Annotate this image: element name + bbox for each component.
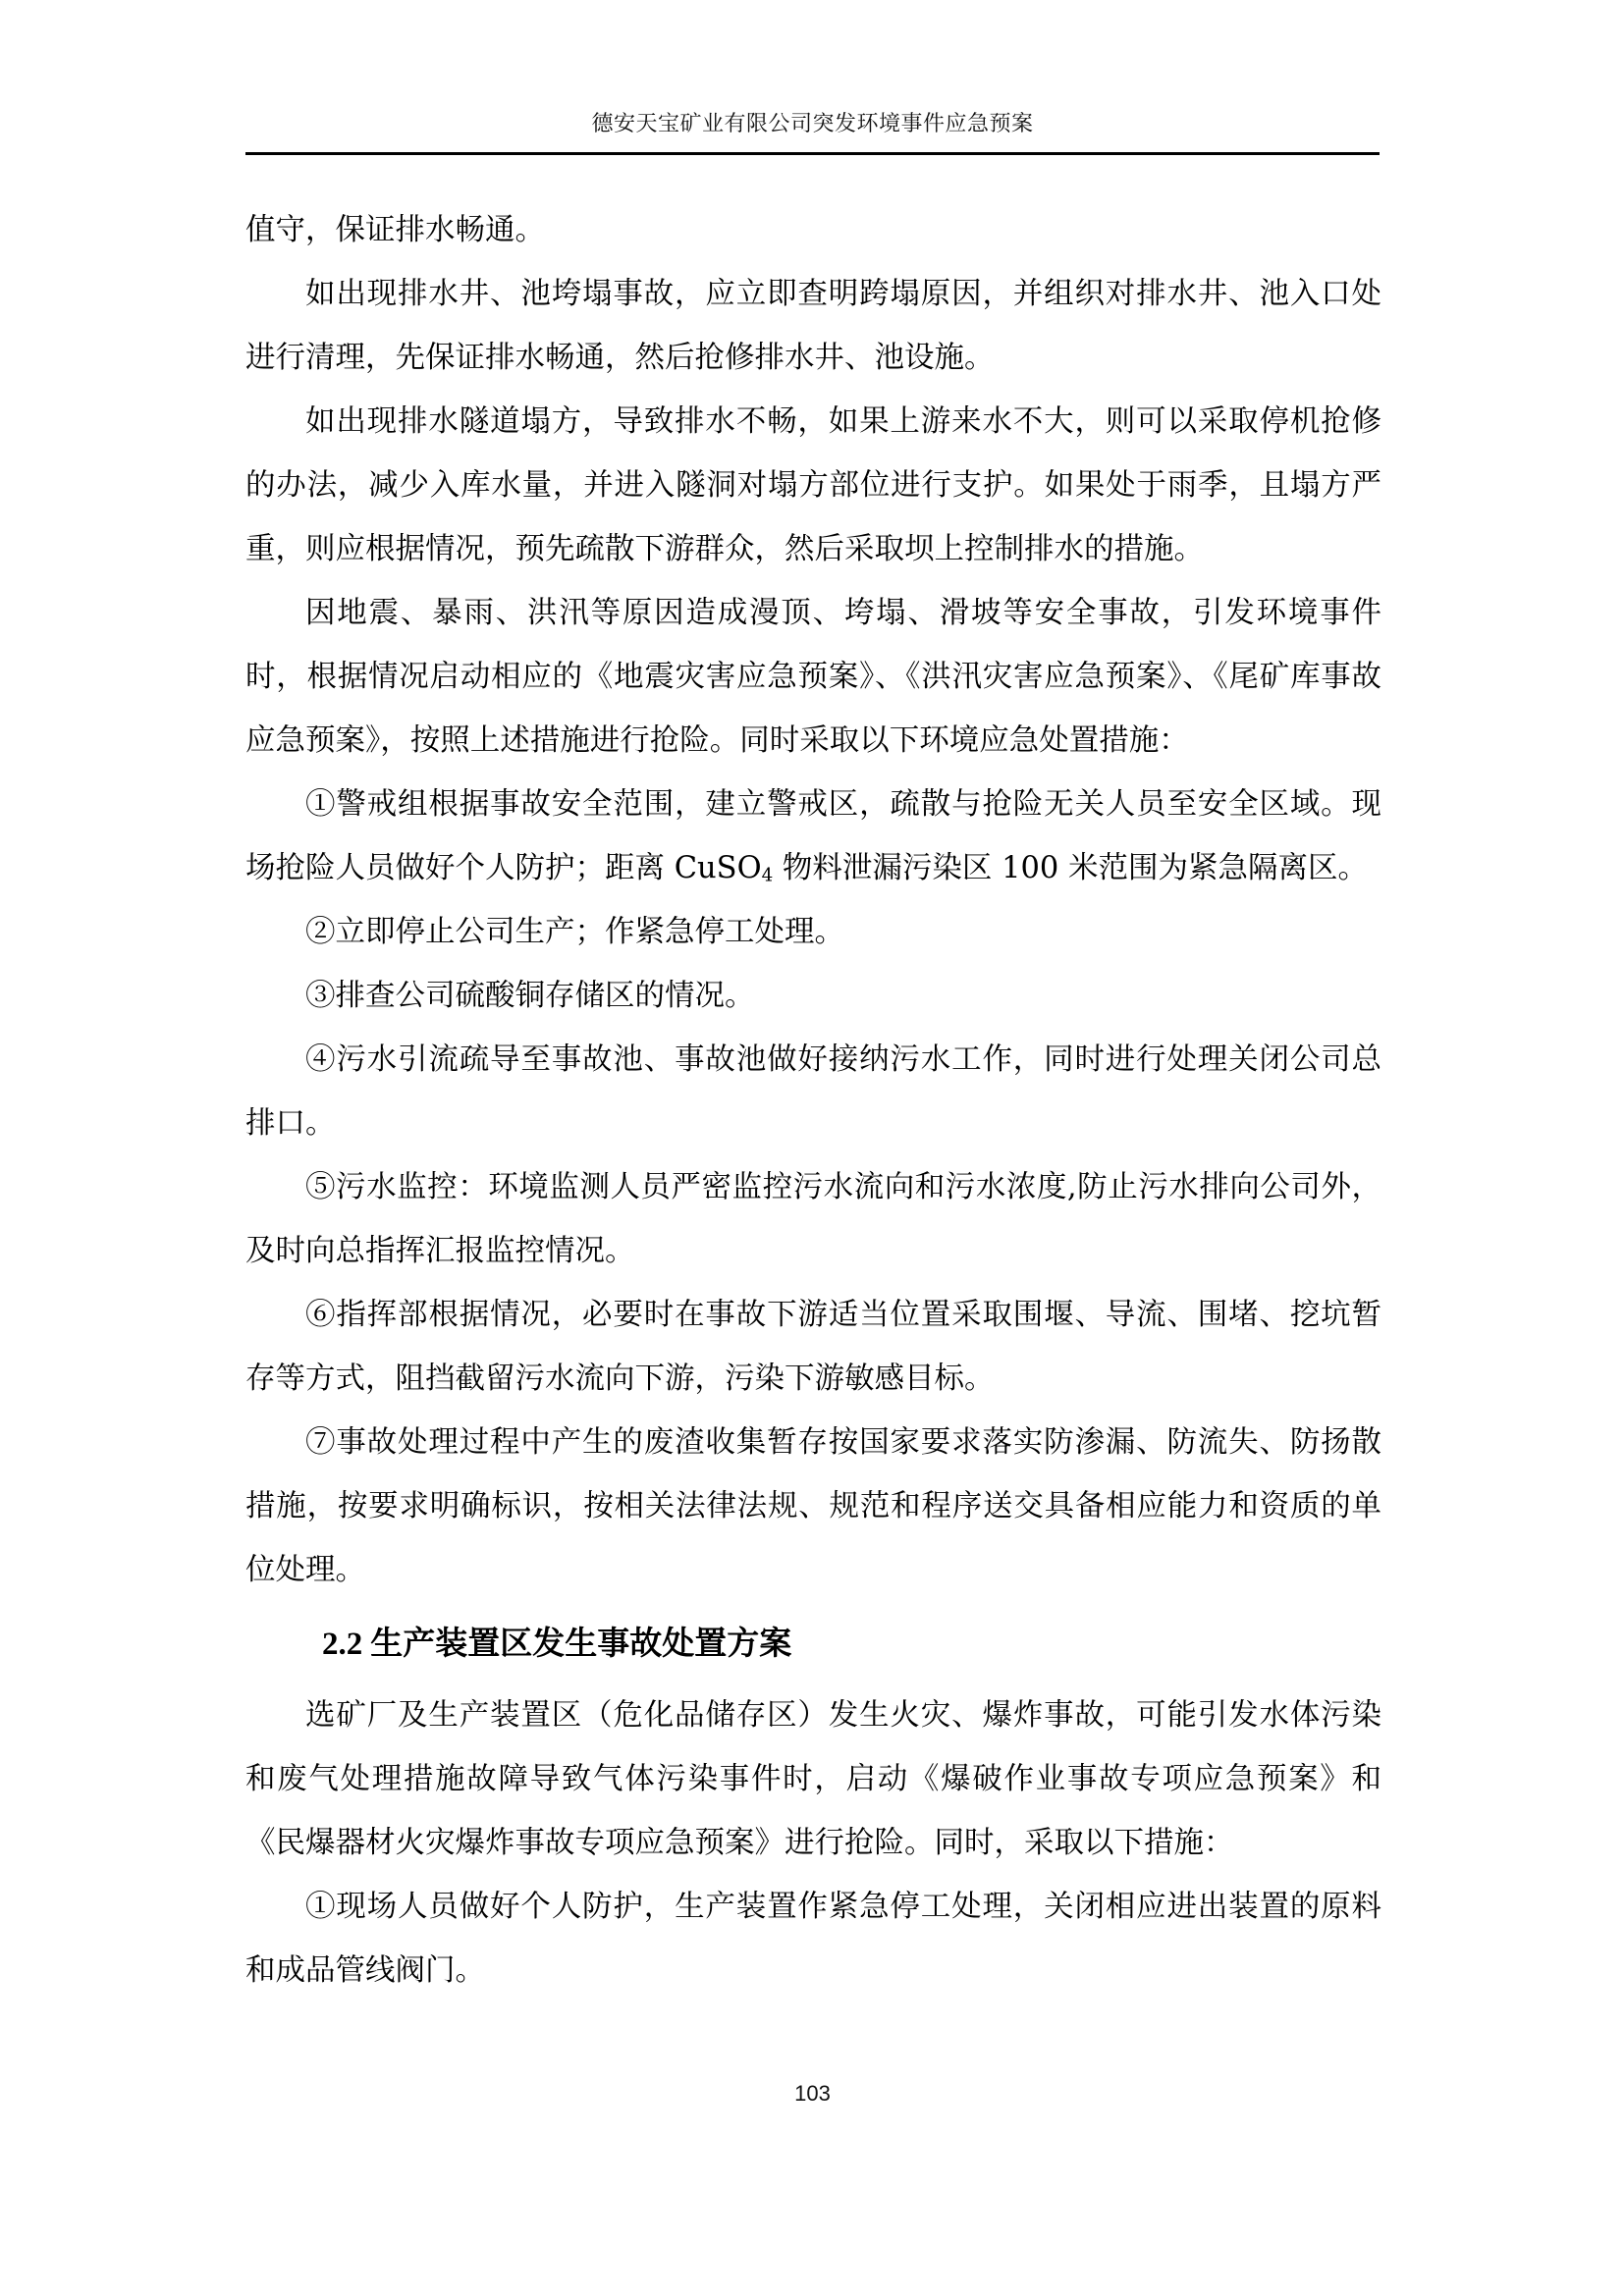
page-header-title: 德安天宝矿业有限公司突发环境事件应急预案 — [245, 110, 1380, 139]
measure-marker: ⑥ — [305, 1298, 336, 1332]
measure-text: 污水引流疏导至事故池、事故池做好接纳污水工作，同时进行处理关闭公司总排口。 — [245, 1042, 1381, 1141]
measure-marker: ② — [305, 915, 336, 949]
measure-item-5: ⑤污水监控：环境监测人员严密监控污水流向和污水浓度,防止污水排向公司外，及时向总… — [245, 1155, 1381, 1283]
header-divider — [245, 152, 1380, 155]
section-heading: 2.2生产装置区发生事故处置方案 — [245, 1612, 1381, 1676]
measure-marker: ④ — [305, 1042, 336, 1077]
section-number: 2.2 — [322, 1627, 362, 1662]
paragraph-drainage-well-collapse: 如出现排水井、池垮塌事故，应立即查明跨塌原因，并组织对排水井、池入口处进行清理，… — [245, 262, 1381, 390]
measure-text: 立即停止公司生产；作紧急停工处理。 — [336, 915, 845, 949]
paragraph-natural-disaster: 因地震、暴雨、洪汛等原因造成漫顶、垮塌、滑坡等安全事故，引发环境事件时，根据情况… — [245, 581, 1381, 773]
measure-text: 现场人员做好个人防护，生产装置作紧急停工处理，关闭相应进出装置的原料和成品管线阀… — [245, 1890, 1381, 1988]
measure-marker: ⑦ — [305, 1425, 336, 1460]
measure-item-7: ⑦事故处理过程中产生的废渣收集暂存按国家要求落实防渗漏、防流失、防扬散措施，按要… — [245, 1411, 1381, 1602]
measure-text: 事故处理过程中产生的废渣收集暂存按国家要求落实防渗漏、防流失、防扬散措施，按要求… — [245, 1425, 1381, 1587]
measure-item-3: ③排查公司硫酸铜存储区的情况。 — [245, 964, 1381, 1028]
measure-marker: ③ — [305, 979, 336, 1013]
section-title: 生产装置区发生事故处置方案 — [370, 1624, 791, 1662]
document-body: 值守，保证排水畅通。 如出现排水井、池垮塌事故，应立即查明跨塌原因，并组织对排水… — [245, 198, 1381, 2002]
measure-text-continued: 物料泄漏污染区 100 米范围为紧急隔离区。 — [773, 851, 1368, 885]
page-number: 103 — [245, 2081, 1380, 2107]
chemical-subscript: 4 — [762, 866, 774, 886]
measure-text: 排查公司硫酸铜存储区的情况。 — [336, 979, 755, 1013]
continuation-paragraph: 值守，保证排水畅通。 — [245, 198, 1381, 262]
measure-item-4: ④污水引流疏导至事故池、事故池做好接纳污水工作，同时进行处理关闭公司总排口。 — [245, 1028, 1381, 1155]
section-measure-item-1: ①现场人员做好个人防护，生产装置作紧急停工处理，关闭相应进出装置的原料和成品管线… — [245, 1875, 1381, 2002]
section-intro-paragraph: 选矿厂及生产装置区（危化品储存区）发生火灾、爆炸事故，可能引发水体污染和废气处理… — [245, 1683, 1381, 1875]
measure-marker: ① — [305, 1890, 336, 1924]
measure-item-6: ⑥指挥部根据情况，必要时在事故下游适当位置采取围堰、导流、围堵、挖坑暂存等方式，… — [245, 1283, 1381, 1411]
measure-item-1: ①警戒组根据事故安全范围，建立警戒区，疏散与抢险无关人员至安全区域。现场抢险人员… — [245, 773, 1381, 900]
measure-text: 污水监控：环境监测人员严密监控污水流向和污水浓度,防止污水排向公司外，及时向总指… — [245, 1170, 1381, 1268]
measure-marker: ⑤ — [305, 1170, 336, 1204]
measure-text: 指挥部根据情况，必要时在事故下游适当位置采取围堰、导流、围堵、挖坑暂存等方式，阻… — [245, 1298, 1381, 1396]
measure-marker: ① — [305, 787, 336, 822]
measure-item-2: ②立即停止公司生产；作紧急停工处理。 — [245, 900, 1381, 964]
paragraph-tunnel-collapse: 如出现排水隧道塌方，导致排水不畅，如果上游来水不大，则可以采取停机抢修的办法，减… — [245, 390, 1381, 581]
